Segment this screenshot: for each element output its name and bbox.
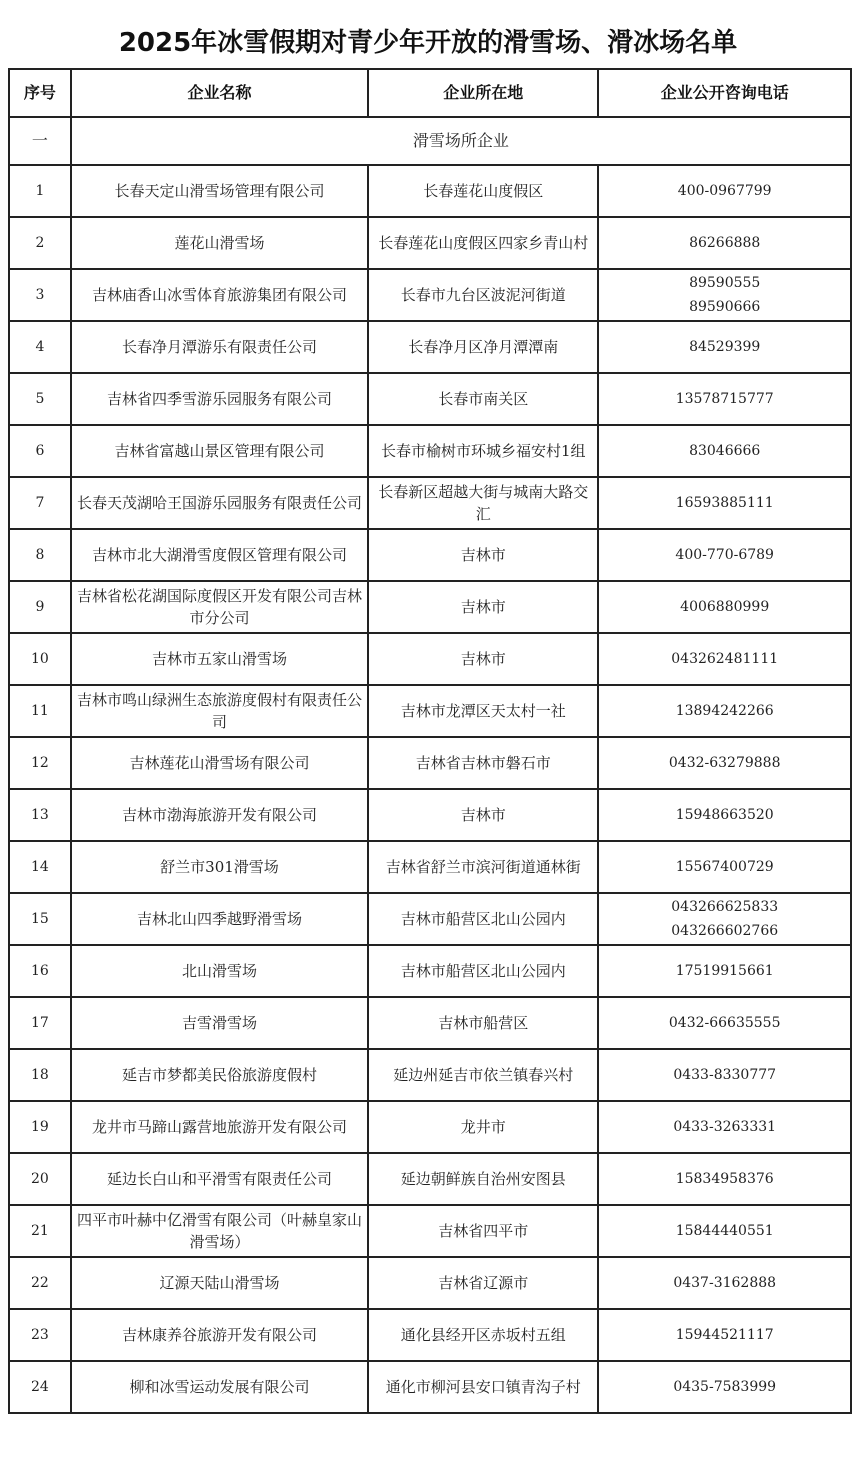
row-company-name-text: 延边长白山和平滑雪有限责任公司 <box>74 1168 365 1190</box>
row-index: 10 <box>9 633 71 685</box>
row-index: 5 <box>9 373 71 425</box>
row-company-name-text: 莲花山滑雪场 <box>74 232 365 254</box>
row-company-name: 吉林省富越山景区管理有限公司 <box>71 425 368 477</box>
table-row: 18延吉市梦都美民俗旅游度假村延边州延吉市依兰镇春兴村0433-8330777 <box>9 1049 851 1101</box>
row-phone: 0435-7583999 <box>598 1361 851 1413</box>
row-location-text: 长春莲花山度假区 <box>371 180 595 202</box>
row-phone-text: 043266625833 <box>601 895 848 919</box>
row-company-name-text: 延吉市梦都美民俗旅游度假村 <box>74 1064 365 1086</box>
row-company-name: 长春净月潭游乐有限责任公司 <box>71 321 368 373</box>
row-company-name: 长春天定山滑雪场管理有限公司 <box>71 165 368 217</box>
row-index-text: 16 <box>12 960 68 982</box>
row-location: 长春净月区净月潭潭南 <box>368 321 598 373</box>
row-index-text: 1 <box>12 180 68 202</box>
row-company-name-text: 吉林市渤海旅游开发有限公司 <box>74 804 365 826</box>
row-location-text: 吉林省吉林市磐石市 <box>371 752 595 774</box>
table-row: 6吉林省富越山景区管理有限公司长春市榆树市环城乡福安村1组83046666 <box>9 425 851 477</box>
row-index-text: 9 <box>12 596 68 618</box>
row-company-name: 吉林省四季雪游乐园服务有限公司 <box>71 373 368 425</box>
row-phone: 16593885111 <box>598 477 851 529</box>
row-phone: 15944521117 <box>598 1309 851 1361</box>
row-company-name-text: 吉林省松花湖国际度假区开发有限公司吉林市分公司 <box>74 585 365 629</box>
row-phone-text: 0433-3263331 <box>601 1115 848 1139</box>
row-index: 3 <box>9 269 71 321</box>
table-row: 1长春天定山滑雪场管理有限公司长春莲花山度假区400-0967799 <box>9 165 851 217</box>
row-phone: 0432-63279888 <box>598 737 851 789</box>
row-location: 长春莲花山度假区四家乡青山村 <box>368 217 598 269</box>
row-company-name-text: 长春净月潭游乐有限责任公司 <box>74 336 365 358</box>
table-row: 16北山滑雪场吉林市船营区北山公园内17519915661 <box>9 945 851 997</box>
row-phone-text: 89590555 <box>601 271 848 295</box>
row-index-text: 11 <box>12 700 68 722</box>
row-location: 长春市南关区 <box>368 373 598 425</box>
row-company-name: 吉林市北大湖滑雪度假区管理有限公司 <box>71 529 368 581</box>
row-location-text: 长春市南关区 <box>371 388 595 410</box>
row-location-text: 通化县经开区赤坂村五组 <box>371 1324 595 1346</box>
row-index-text: 23 <box>12 1324 68 1346</box>
row-index-text: 19 <box>12 1116 68 1138</box>
row-phone-text: 15944521117 <box>601 1323 848 1347</box>
row-company-name-text: 龙井市马蹄山露营地旅游开发有限公司 <box>74 1116 365 1138</box>
row-location: 吉林省舒兰市滨河街道通林街 <box>368 841 598 893</box>
row-location: 长春市榆树市环城乡福安村1组 <box>368 425 598 477</box>
row-location-text: 吉林市 <box>371 648 595 670</box>
row-index-text: 4 <box>12 336 68 358</box>
row-index: 23 <box>9 1309 71 1361</box>
row-index: 8 <box>9 529 71 581</box>
row-phone-text: 043262481111 <box>601 647 848 671</box>
row-phone: 13894242266 <box>598 685 851 737</box>
row-index-text: 6 <box>12 440 68 462</box>
row-index: 12 <box>9 737 71 789</box>
row-index: 11 <box>9 685 71 737</box>
row-company-name-text: 长春天定山滑雪场管理有限公司 <box>74 180 365 202</box>
row-phone-text: 15948663520 <box>601 803 848 827</box>
row-company-name: 莲花山滑雪场 <box>71 217 368 269</box>
row-location-text: 吉林市船营区北山公园内 <box>371 908 595 930</box>
row-index-text: 3 <box>12 284 68 306</box>
row-index-text: 13 <box>12 804 68 826</box>
row-phone: 86266888 <box>598 217 851 269</box>
row-company-name-text: 吉林省四季雪游乐园服务有限公司 <box>74 388 365 410</box>
row-phone-text: 0433-8330777 <box>601 1063 848 1087</box>
row-company-name: 长春天茂湖哈王国游乐园服务有限责任公司 <box>71 477 368 529</box>
row-company-name: 吉林市五家山滑雪场 <box>71 633 368 685</box>
row-company-name: 吉林庙香山冰雪体育旅游集团有限公司 <box>71 269 368 321</box>
row-company-name-text: 辽源天陆山滑雪场 <box>74 1272 365 1294</box>
row-phone-text: 15834958376 <box>601 1167 848 1191</box>
row-location: 通化县经开区赤坂村五组 <box>368 1309 598 1361</box>
row-phone: 0432-66635555 <box>598 997 851 1049</box>
row-phone: 15567400729 <box>598 841 851 893</box>
row-location-text: 吉林省舒兰市滨河街道通林街 <box>371 856 595 878</box>
row-phone: 8959055589590666 <box>598 269 851 321</box>
row-index: 17 <box>9 997 71 1049</box>
row-phone-text: 16593885111 <box>601 491 848 515</box>
row-phone-text: 4006880999 <box>601 595 848 619</box>
row-index-text: 8 <box>12 544 68 566</box>
row-company-name-text: 吉林康养谷旅游开发有限公司 <box>74 1324 365 1346</box>
row-location: 吉林市 <box>368 581 598 633</box>
table-row: 7长春天茂湖哈王国游乐园服务有限责任公司长春新区超越大街与城南大路交汇16593… <box>9 477 851 529</box>
row-index-text: 18 <box>12 1064 68 1086</box>
row-company-name: 辽源天陆山滑雪场 <box>71 1257 368 1309</box>
row-location: 吉林省吉林市磐石市 <box>368 737 598 789</box>
row-phone-text: 17519915661 <box>601 959 848 983</box>
table-row: 10吉林市五家山滑雪场吉林市043262481111 <box>9 633 851 685</box>
row-location-text: 通化市柳河县安口镇青沟子村 <box>371 1376 595 1398</box>
table-row: 9吉林省松花湖国际度假区开发有限公司吉林市分公司吉林市4006880999 <box>9 581 851 633</box>
ski-resort-table: 序号 企业名称 企业所在地 企业公开咨询电话 一 滑雪场所企业 1长春天定山滑雪… <box>8 68 852 1414</box>
row-phone: 15844440551 <box>598 1205 851 1257</box>
row-phone-text: 0435-7583999 <box>601 1375 848 1399</box>
row-company-name: 吉林北山四季越野滑雪场 <box>71 893 368 945</box>
row-phone: 400-770-6789 <box>598 529 851 581</box>
row-index-text: 15 <box>12 908 68 930</box>
row-phone-secondary-text: 043266602766 <box>601 919 848 943</box>
row-phone-text: 13894242266 <box>601 699 848 723</box>
row-index-text: 21 <box>12 1220 68 1242</box>
row-index-text: 17 <box>12 1012 68 1034</box>
row-phone: 84529399 <box>598 321 851 373</box>
row-location-text: 长春市榆树市环城乡福安村1组 <box>371 440 595 462</box>
row-company-name-text: 吉雪滑雪场 <box>74 1012 365 1034</box>
row-phone-text: 13578715777 <box>601 387 848 411</box>
section-label: 滑雪场所企业 <box>71 117 851 165</box>
row-location: 吉林市船营区 <box>368 997 598 1049</box>
table-row: 24柳和冰雪运动发展有限公司通化市柳河县安口镇青沟子村0435-7583999 <box>9 1361 851 1413</box>
table-row: 21四平市叶赫中亿滑雪有限公司（叶赫皇家山滑雪场）吉林省四平市158444405… <box>9 1205 851 1257</box>
row-index: 18 <box>9 1049 71 1101</box>
row-phone-text: 0432-63279888 <box>601 751 848 775</box>
row-company-name: 吉林省松花湖国际度假区开发有限公司吉林市分公司 <box>71 581 368 633</box>
table-row: 22辽源天陆山滑雪场吉林省辽源市0437-3162888 <box>9 1257 851 1309</box>
row-index-text: 24 <box>12 1376 68 1398</box>
table-row: 5吉林省四季雪游乐园服务有限公司长春市南关区13578715777 <box>9 373 851 425</box>
row-company-name-text: 长春天茂湖哈王国游乐园服务有限责任公司 <box>74 492 365 514</box>
row-location-text: 吉林市 <box>371 544 595 566</box>
row-location: 吉林省辽源市 <box>368 1257 598 1309</box>
row-phone-secondary-text: 89590666 <box>601 295 848 319</box>
row-index: 15 <box>9 893 71 945</box>
row-phone: 0433-3263331 <box>598 1101 851 1153</box>
row-phone: 4006880999 <box>598 581 851 633</box>
row-index: 9 <box>9 581 71 633</box>
row-index: 24 <box>9 1361 71 1413</box>
row-index: 19 <box>9 1101 71 1153</box>
row-index: 4 <box>9 321 71 373</box>
row-phone: 043266625833043266602766 <box>598 893 851 945</box>
row-location: 通化市柳河县安口镇青沟子村 <box>368 1361 598 1413</box>
row-index-text: 5 <box>12 388 68 410</box>
row-index-text: 10 <box>12 648 68 670</box>
row-index: 6 <box>9 425 71 477</box>
row-company-name-text: 吉林北山四季越野滑雪场 <box>74 908 365 930</box>
row-index: 16 <box>9 945 71 997</box>
row-company-name-text: 吉林省富越山景区管理有限公司 <box>74 440 365 462</box>
row-index: 20 <box>9 1153 71 1205</box>
row-index-text: 20 <box>12 1168 68 1190</box>
row-phone: 83046666 <box>598 425 851 477</box>
row-phone: 043262481111 <box>598 633 851 685</box>
row-location-text: 长春新区超越大街与城南大路交汇 <box>371 481 595 525</box>
row-location-text: 吉林市龙潭区天太村一社 <box>371 700 595 722</box>
row-phone: 0437-3162888 <box>598 1257 851 1309</box>
row-location-text: 延边朝鲜族自治州安图县 <box>371 1168 595 1190</box>
row-index: 13 <box>9 789 71 841</box>
row-phone: 15834958376 <box>598 1153 851 1205</box>
header-index: 序号 <box>9 69 71 117</box>
row-phone: 17519915661 <box>598 945 851 997</box>
row-location-text: 吉林市船营区 <box>371 1012 595 1034</box>
row-company-name-text: 舒兰市301滑雪场 <box>74 856 365 878</box>
row-index-text: 14 <box>12 856 68 878</box>
header-location: 企业所在地 <box>368 69 598 117</box>
row-index: 1 <box>9 165 71 217</box>
table-row: 23吉林康养谷旅游开发有限公司通化县经开区赤坂村五组15944521117 <box>9 1309 851 1361</box>
row-phone: 15948663520 <box>598 789 851 841</box>
row-location-text: 长春莲花山度假区四家乡青山村 <box>371 232 595 254</box>
row-company-name: 舒兰市301滑雪场 <box>71 841 368 893</box>
table-row: 3吉林庙香山冰雪体育旅游集团有限公司长春市九台区波泥河街道89590555895… <box>9 269 851 321</box>
row-company-name-text: 吉林市鸣山绿洲生态旅游度假村有限责任公司 <box>74 689 365 733</box>
row-location: 延边州延吉市依兰镇春兴村 <box>368 1049 598 1101</box>
table-row: 17吉雪滑雪场吉林市船营区0432-66635555 <box>9 997 851 1049</box>
table-row: 15吉林北山四季越野滑雪场吉林市船营区北山公园内0432666258330432… <box>9 893 851 945</box>
header-phone: 企业公开咨询电话 <box>598 69 851 117</box>
row-company-name-text: 北山滑雪场 <box>74 960 365 982</box>
row-location-text: 长春市九台区波泥河街道 <box>371 284 595 306</box>
row-phone-text: 400-770-6789 <box>601 543 848 567</box>
row-company-name: 吉林市渤海旅游开发有限公司 <box>71 789 368 841</box>
row-company-name: 北山滑雪场 <box>71 945 368 997</box>
row-location: 吉林市船营区北山公园内 <box>368 945 598 997</box>
row-company-name: 吉林市鸣山绿洲生态旅游度假村有限责任公司 <box>71 685 368 737</box>
table-row: 2莲花山滑雪场长春莲花山度假区四家乡青山村86266888 <box>9 217 851 269</box>
row-index-text: 12 <box>12 752 68 774</box>
page-title: 2025年冰雪假期对青少年开放的滑雪场、滑冰场名单 <box>0 22 856 59</box>
row-location: 吉林省四平市 <box>368 1205 598 1257</box>
row-index-text: 22 <box>12 1272 68 1294</box>
row-location: 长春莲花山度假区 <box>368 165 598 217</box>
row-location: 长春市九台区波泥河街道 <box>368 269 598 321</box>
row-company-name-text: 吉林庙香山冰雪体育旅游集团有限公司 <box>74 284 365 306</box>
row-index: 22 <box>9 1257 71 1309</box>
row-company-name-text: 四平市叶赫中亿滑雪有限公司（叶赫皇家山滑雪场） <box>74 1209 365 1253</box>
row-company-name: 吉林莲花山滑雪场有限公司 <box>71 737 368 789</box>
row-phone-text: 400-0967799 <box>601 179 848 203</box>
row-company-name-text: 吉林市五家山滑雪场 <box>74 648 365 670</box>
row-company-name: 吉雪滑雪场 <box>71 997 368 1049</box>
row-phone-text: 86266888 <box>601 231 848 255</box>
row-location: 吉林市 <box>368 633 598 685</box>
row-location: 延边朝鲜族自治州安图县 <box>368 1153 598 1205</box>
header-company-name: 企业名称 <box>71 69 368 117</box>
row-location: 长春新区超越大街与城南大路交汇 <box>368 477 598 529</box>
table-row: 12吉林莲花山滑雪场有限公司吉林省吉林市磐石市0432-63279888 <box>9 737 851 789</box>
table-row: 8吉林市北大湖滑雪度假区管理有限公司吉林市400-770-6789 <box>9 529 851 581</box>
row-company-name: 龙井市马蹄山露营地旅游开发有限公司 <box>71 1101 368 1153</box>
table-row: 19龙井市马蹄山露营地旅游开发有限公司龙井市0433-3263331 <box>9 1101 851 1153</box>
row-location-text: 吉林省辽源市 <box>371 1272 595 1294</box>
row-location-text: 吉林市船营区北山公园内 <box>371 960 595 982</box>
row-phone: 13578715777 <box>598 373 851 425</box>
table-row: 4长春净月潭游乐有限责任公司长春净月区净月潭潭南84529399 <box>9 321 851 373</box>
row-location: 吉林市龙潭区天太村一社 <box>368 685 598 737</box>
row-company-name: 吉林康养谷旅游开发有限公司 <box>71 1309 368 1361</box>
row-location: 龙井市 <box>368 1101 598 1153</box>
row-location: 吉林市 <box>368 529 598 581</box>
table-row: 20延边长白山和平滑雪有限责任公司延边朝鲜族自治州安图县15834958376 <box>9 1153 851 1205</box>
row-index: 2 <box>9 217 71 269</box>
row-location-text: 延边州延吉市依兰镇春兴村 <box>371 1064 595 1086</box>
row-company-name: 四平市叶赫中亿滑雪有限公司（叶赫皇家山滑雪场） <box>71 1205 368 1257</box>
row-phone-text: 0432-66635555 <box>601 1011 848 1035</box>
row-location-text: 吉林市 <box>371 596 595 618</box>
row-company-name: 延边长白山和平滑雪有限责任公司 <box>71 1153 368 1205</box>
section-row: 一 滑雪场所企业 <box>9 117 851 165</box>
row-location: 吉林市船营区北山公园内 <box>368 893 598 945</box>
row-index-text: 2 <box>12 232 68 254</box>
row-phone: 0433-8330777 <box>598 1049 851 1101</box>
section-index: 一 <box>9 117 71 165</box>
row-location: 吉林市 <box>368 789 598 841</box>
table-row: 13吉林市渤海旅游开发有限公司吉林市15948663520 <box>9 789 851 841</box>
row-phone-text: 0437-3162888 <box>601 1271 848 1295</box>
row-location-text: 吉林省四平市 <box>371 1220 595 1242</box>
row-index-text: 7 <box>12 492 68 514</box>
row-phone-text: 15567400729 <box>601 855 848 879</box>
row-phone: 400-0967799 <box>598 165 851 217</box>
row-company-name-text: 吉林莲花山滑雪场有限公司 <box>74 752 365 774</box>
row-location-text: 长春净月区净月潭潭南 <box>371 336 595 358</box>
row-phone-text: 83046666 <box>601 439 848 463</box>
row-company-name: 柳和冰雪运动发展有限公司 <box>71 1361 368 1413</box>
row-company-name-text: 柳和冰雪运动发展有限公司 <box>74 1376 365 1398</box>
row-location-text: 吉林市 <box>371 804 595 826</box>
row-location-text: 龙井市 <box>371 1116 595 1138</box>
row-index: 14 <box>9 841 71 893</box>
row-company-name: 延吉市梦都美民俗旅游度假村 <box>71 1049 368 1101</box>
table-row: 14舒兰市301滑雪场吉林省舒兰市滨河街道通林街15567400729 <box>9 841 851 893</box>
table-header-row: 序号 企业名称 企业所在地 企业公开咨询电话 <box>9 69 851 117</box>
table-row: 11吉林市鸣山绿洲生态旅游度假村有限责任公司吉林市龙潭区天太村一社1389424… <box>9 685 851 737</box>
row-phone-text: 15844440551 <box>601 1219 848 1243</box>
row-phone-text: 84529399 <box>601 335 848 359</box>
row-index: 7 <box>9 477 71 529</box>
row-company-name-text: 吉林市北大湖滑雪度假区管理有限公司 <box>74 544 365 566</box>
row-index: 21 <box>9 1205 71 1257</box>
